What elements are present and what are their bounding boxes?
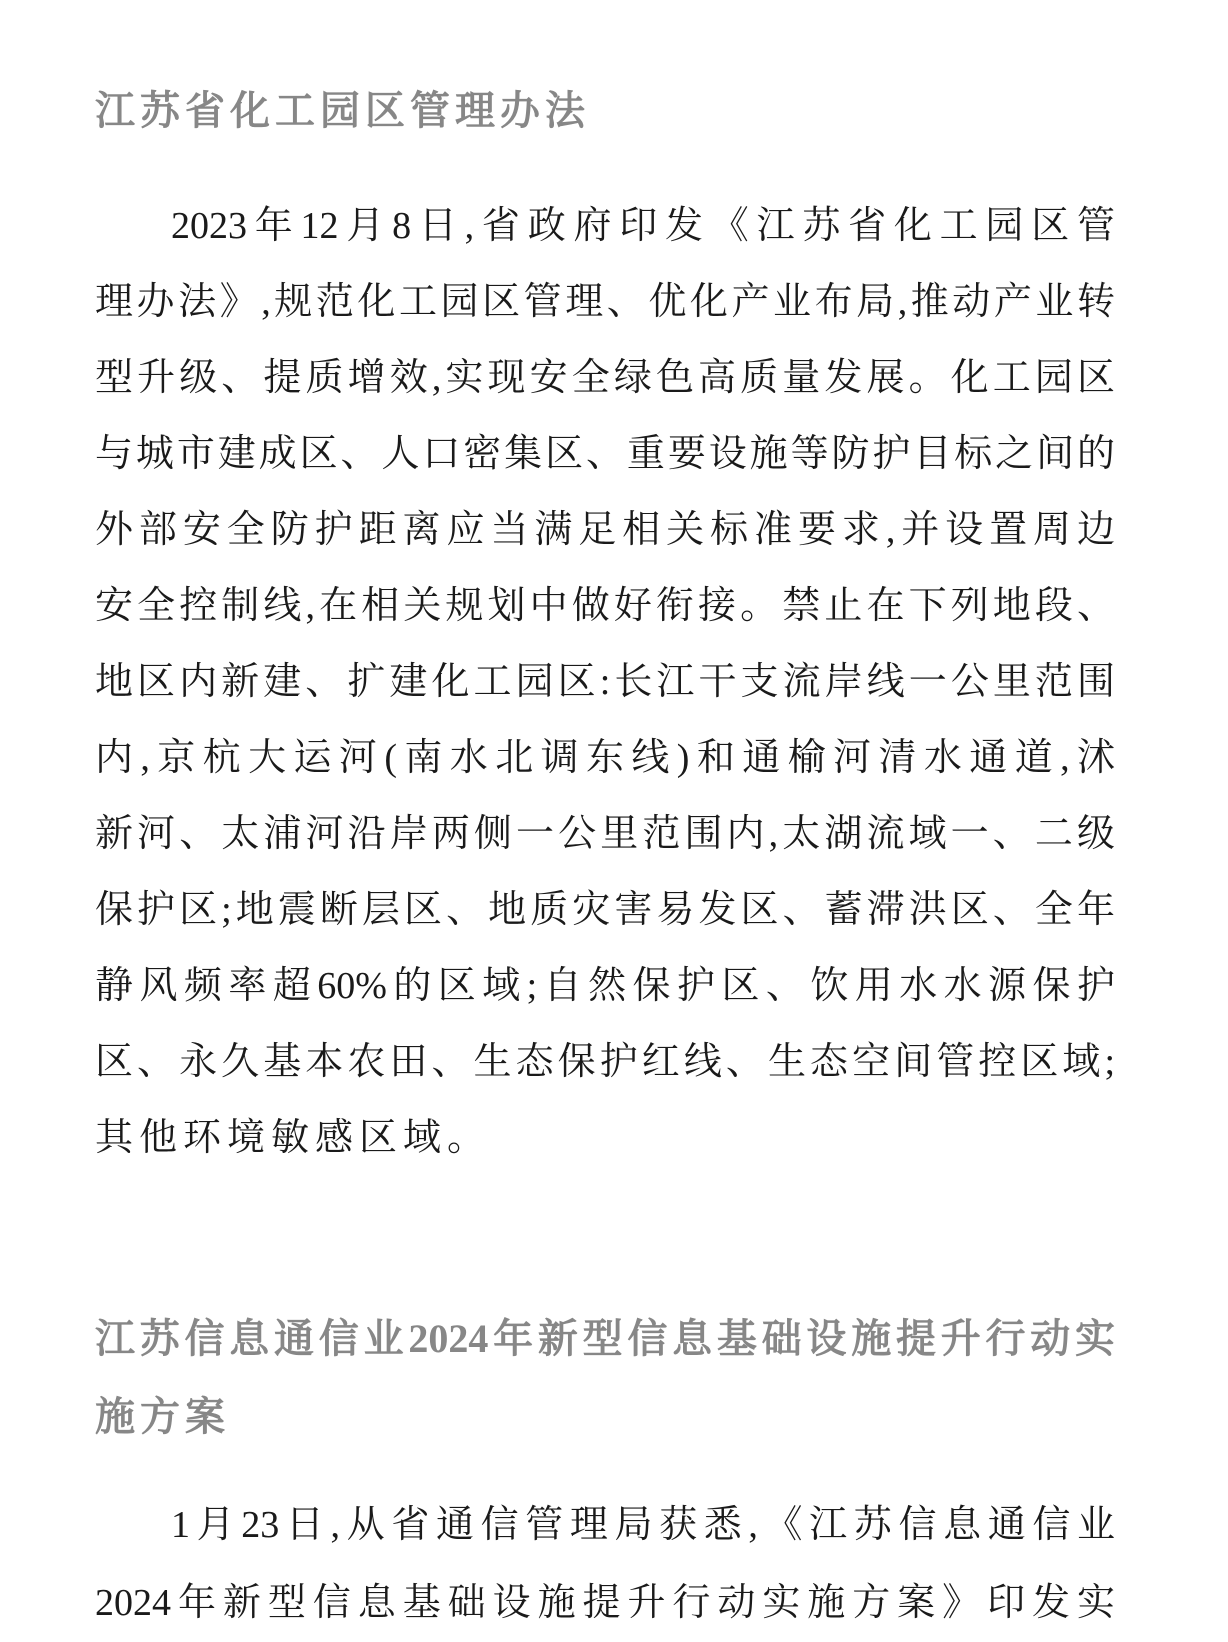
paragraph-line: 内,京杭大运河(南水北调东线)和通榆河清水通道,沭 (95, 720, 1115, 796)
paragraph-line: 理办法》,规范化工园区管理、优化产业布局,推动产业转 (95, 264, 1115, 340)
section-2-heading: 江苏信息通信业2024年新型信息基础设施提升行动实 施方案 (95, 1300, 1115, 1456)
paragraph-line: 地区内新建、扩建化工园区:长江干支流岸线一公里范围 (95, 644, 1115, 720)
section-2-heading-line-1: 江苏信息通信业2024年新型信息基础设施提升行动实 (95, 1300, 1115, 1378)
paragraph-line: 静风频率超60%的区域;自然保护区、饮用水水源保护 (95, 948, 1115, 1024)
text-column: 江苏省化工园区管理办法 2023年12月8日,省政府印发《江苏省化工园区管 理办… (0, 0, 1228, 1642)
paragraph-line: 安全控制线,在相关规划中做好衔接。禁止在下列地段、 (95, 568, 1115, 644)
paragraph-line: 区、永久基本农田、生态保护红线、生态空间管控区域; (95, 1024, 1115, 1100)
paragraph-line: 2024年新型信息基础设施提升行动实施方案》印发实 (95, 1564, 1115, 1642)
paragraph-line: 1月23日,从省通信管理局获悉,《江苏信息通信业 (95, 1486, 1115, 1564)
section-2-heading-line-2: 施方案 (95, 1378, 1115, 1456)
paragraph-line: 新河、太浦河沿岸两侧一公里范围内,太湖流域一、二级 (95, 796, 1115, 872)
section-1-paragraph: 2023年12月8日,省政府印发《江苏省化工园区管 理办法》,规范化工园区管理、… (95, 188, 1115, 1176)
paragraph-line: 型升级、提质增效,实现安全绿色高质量发展。化工园区 (95, 340, 1115, 416)
paragraph-line: 2023年12月8日,省政府印发《江苏省化工园区管 (95, 188, 1115, 264)
paragraph-line: 保护区;地震断层区、地质灾害易发区、蓄滞洪区、全年 (95, 872, 1115, 948)
paragraph-line: 外部安全防护距离应当满足相关标准要求,并设置周边 (95, 492, 1115, 568)
paragraph-line: 与城市建成区、人口密集区、重要设施等防护目标之间的 (95, 416, 1115, 492)
section-1-heading: 江苏省化工园区管理办法 (95, 88, 1115, 133)
document-page: 江苏省化工园区管理办法 2023年12月8日,省政府印发《江苏省化工园区管 理办… (0, 0, 1228, 1642)
paragraph-line: 其他环境敏感区域。 (95, 1100, 1115, 1176)
section-2-paragraph: 1月23日,从省通信管理局获悉,《江苏信息通信业 2024年新型信息基础设施提升… (95, 1486, 1115, 1642)
